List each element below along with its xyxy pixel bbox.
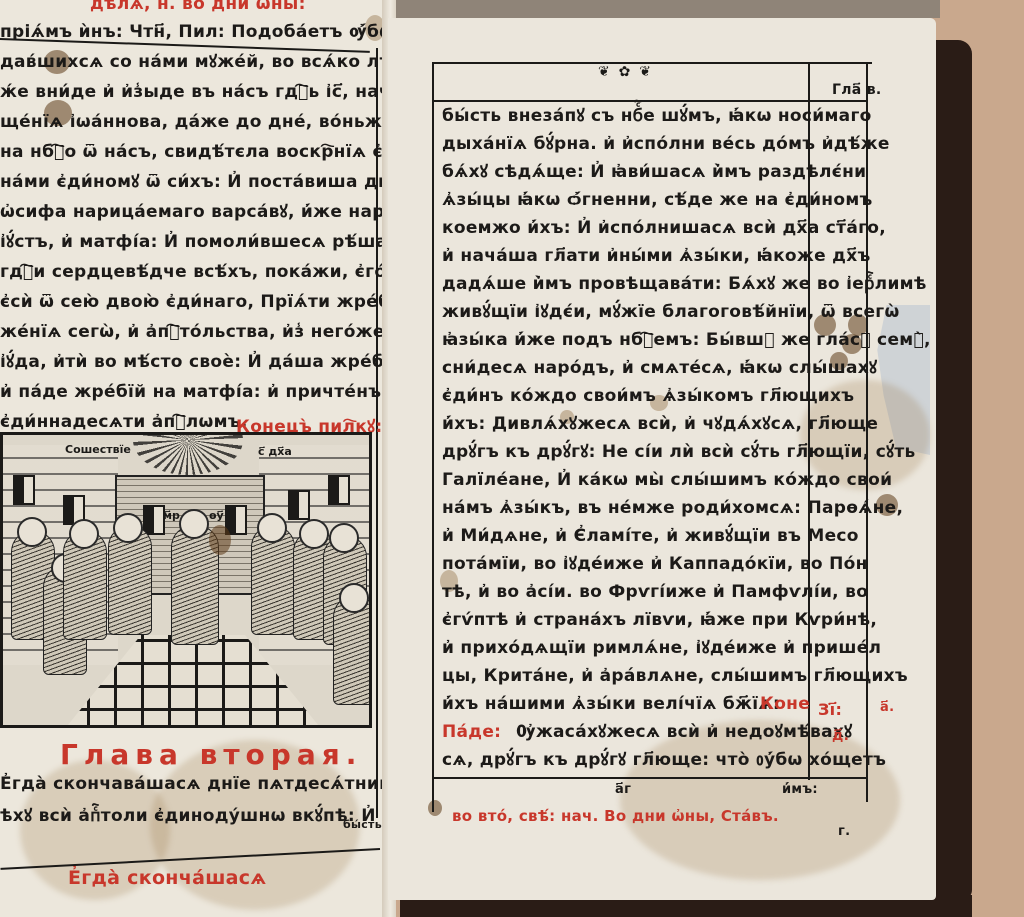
halo-icon (17, 517, 47, 547)
text-line: и҆́хъ на́шими ѧ҆зы́ки велі́чїѧ бж҃їѧ: (442, 694, 780, 714)
background-strip (380, 0, 940, 18)
frame-rule-left (432, 62, 434, 812)
text-line: цы, Крита́не, и҆ а҆рáвлѧне, слы́шимъ гл҃… (442, 666, 908, 686)
text-line: дав́шихсѧ со на́ми мꙋже́й, во всѧ́ко лѣ́… (0, 52, 421, 72)
halo-icon (179, 509, 209, 539)
chapter-title: Глава вторая. (60, 738, 362, 771)
catchword: бы́сть (343, 818, 382, 831)
window-icon (288, 490, 310, 520)
frame-rule-bottom (432, 777, 866, 779)
text-line: на́ми є҆ди́номꙋ ѿ си́хъ: И҆ поста́виша д… (0, 172, 408, 192)
ink-stain (428, 800, 442, 816)
woodcut-caption-left: Сошествїе (65, 443, 131, 456)
window-icon (13, 475, 35, 505)
frame-rule-runhead (808, 100, 866, 102)
text-line: коемжо и҆́хъ: И҆ и҆спо́лнишасѧ всѝ дх҃а … (442, 218, 886, 238)
window-icon (328, 475, 350, 505)
halo-icon (257, 513, 287, 543)
text-line: є҆ди́ннадесѧти а҆пⷭ҇лѡмъ. (0, 412, 248, 432)
text-line: бѧ́хꙋ сѣдѧ́ще: И҆ ꙗ҆ви́шасѧ и҆̀мъ раздѣл… (442, 162, 866, 182)
book-cover-edge (930, 40, 972, 900)
halo-icon (113, 513, 143, 543)
margin-note-rubric: д҃. (832, 728, 849, 744)
sun-rays-icon (133, 432, 243, 475)
text-line: пота́мїи, во і҆ꙋде́иже и҆ Каппадо́кїи, в… (442, 554, 868, 574)
text-line: ѧ҆зы́цы ꙗ҆́кѡ ѻ҆́гненни, сѣ́де же на є҆д… (442, 190, 873, 210)
text-line: ѣхꙋ всѝ а҆пⷭ҇толи є҆диноду́шнѡ вкꙋ́пѣ: И… (0, 806, 376, 826)
margin-note-rubric: Зі҃: (818, 700, 842, 719)
water-stain (620, 720, 900, 880)
ink-stain (209, 525, 231, 555)
text-line: є҆гѵ́птѣ и҆ страна́хъ лївѵи, ꙗ҆́же при К… (442, 610, 877, 630)
woodcut-caption-mr: м҃р (163, 509, 180, 522)
text-line: живꙋ́щїи і҆ꙋдє́и, мꙋ́жїе благоговѣ́йнїи,… (442, 302, 900, 322)
margin-note: г. (838, 824, 850, 839)
text-line: и҆́хъ: Дивлѧ́хꙋжесѧ всѝ, и҆ чꙋдѧ́хꙋсѧ, г… (442, 414, 878, 434)
halo-icon (339, 583, 369, 613)
text-line: Галїле́ане, И҆ ка́кѡ мы̀ слы́шимъ ко́ждо… (442, 470, 892, 490)
text-line: є҆ди́нъ ко́ждо свои́мъ ѧ҆зы́комъ гл҃ющих… (442, 386, 854, 406)
text-line: дрꙋ́гъ къ дрꙋ́гꙋ: Не сі́и лѝ всѝ сꙋ́ть г… (442, 442, 916, 462)
text-line: пріѧ́мъ ѝнъ: Чтн҃, Пил: Подоба́етъ ѹ҆́бѡ… (0, 22, 416, 42)
window-icon (143, 505, 165, 535)
text-line: сни́десѧ наро́дъ, и҆ смѧте́сѧ, ꙗ҆́кѡ слы… (442, 358, 877, 378)
text-line: дадѧ́ше и҆̀мъ провѣщава́ти: Бѧ́хꙋ же во … (442, 274, 927, 294)
text-line: и҆ Ми́дѧне, и҆ Є҆ламі́те, и҆ живꙋ́щїи въ… (442, 526, 859, 546)
catchword: и҆́мъ: (782, 782, 818, 797)
text-line: і҆ꙋ́стъ, и҆ матфі́а: И҆ помоли́вшесѧ рѣ́… (0, 232, 428, 252)
footer-rubric: Е҆гда̀ сконча́шасѧ (68, 868, 266, 888)
headpiece-ornament-icon: ❦ ✿ ❦ (598, 64, 653, 80)
text-line: на́мъ ѧ҆зы́къ, въ не́мже роди́хомсѧ: Пар… (442, 498, 903, 518)
footer-rubric: во вто́, свѣ́: нач. Во дни ѡ҆ны, Ста́въ. (452, 806, 779, 826)
halo-icon (69, 519, 99, 549)
text-line: є҆сѝ ѿ сею̀ двою̀ є҆ди́наго, Прїѧ́ти жре… (0, 292, 446, 312)
text-line: тѣ, и҆ во а҆сі́и. во Фрѵгі́иже и҆ Памфѵл… (442, 582, 868, 602)
page-header-rubric: дѣлѧ, н. во дни ѡ҆ны: (90, 0, 306, 14)
text-line: Ѹ҆жаса́хꙋжесѧ всѝ и҆ недоꙋмѣ́вахꙋ (516, 722, 852, 742)
text-line: и҆ прихо́дѧщїи римлѧ́не, і҆ꙋде́иже и҆ пр… (442, 638, 881, 658)
signature-mark: а҃г (615, 782, 631, 797)
text-line: бы́сть внеза́пꙋ съ нбⷭ҇е шꙋ́мъ, ꙗ҆́кѡ но… (442, 106, 872, 126)
pentecost-woodcut-illustration: Сошествїе с҃ дх҃а м҃р ѳу҃ (0, 432, 372, 728)
woodcut-caption-right: с҃ дх҃а (258, 445, 292, 458)
text-line: дыха́нїѧ бꙋ́рна. и҆ и҆спо́лни ве́сь до́м… (442, 134, 890, 154)
halo-icon (329, 523, 359, 553)
left-page: дѣлѧ, н. во дни ѡ҆ны: пріѧ́мъ ѝнъ: Чтн҃,… (0, 0, 392, 917)
halo-icon (299, 519, 329, 549)
pade-rubric: Па́де: (442, 722, 501, 742)
woodcut-caption-thu: ѳу҃ (209, 509, 224, 522)
text-line: сѧ, дрꙋ́гъ къ дрꙋ́гꙋ гл҃юще: что̀ ᲂу҆́бѡ… (442, 750, 886, 770)
text-line: ꙗ҆зы́ка и҆́же подъ нбⷭ҇емъ: Бы́вшꙋ же гл… (442, 330, 931, 350)
frame-rule-header (432, 100, 812, 102)
text-line: и҆ нача́ша гл҃ати и҆ны́ми ѧ҆зы́ки, ꙗ҆́ко… (442, 246, 871, 266)
end-of-reading-rubric: Коне (760, 694, 810, 714)
margin-note-rubric: а҃. (880, 700, 894, 715)
text-line: Е҆гда̀ скончава́шасѧ днїе пѧтдесѧ́тницы, (0, 774, 414, 794)
running-head: Гла҃ в. (832, 82, 881, 98)
